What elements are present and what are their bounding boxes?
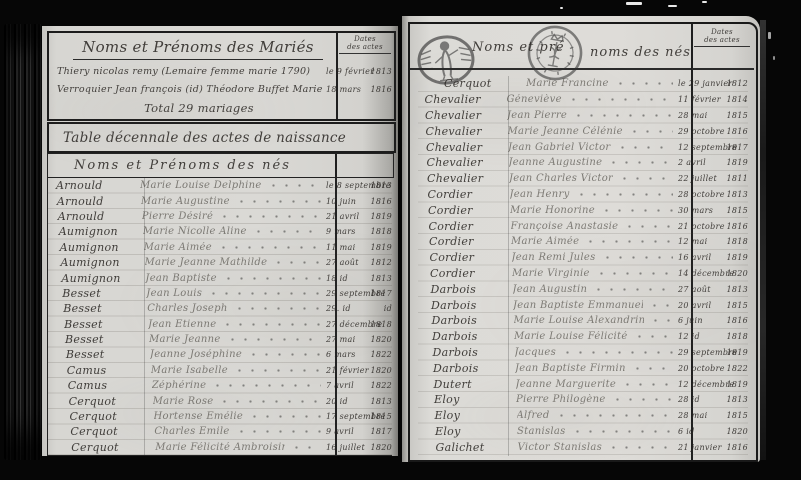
row-surname: Cordier	[430, 267, 512, 280]
row-surname: Besset	[64, 318, 148, 331]
row-year: 1815	[724, 206, 748, 215]
row-surname: Besset	[66, 348, 150, 361]
register-row: Eloy Pierre Philogène 28 id 1813	[418, 392, 748, 408]
births-names-header-box: Noms et Prénoms des nés	[47, 153, 394, 178]
row-year: 1820	[724, 427, 748, 436]
row-surname: Chevalier	[425, 93, 507, 106]
dot-leader	[233, 369, 321, 372]
row-given-names: Marie Honorine	[510, 205, 595, 216]
row-date: 18 id	[326, 274, 370, 283]
left-page: Noms et Prénoms des Mariés Dates des act…	[42, 26, 398, 456]
dot-leader	[290, 446, 321, 449]
dot-leader	[272, 261, 321, 264]
register-row: Besset Jean Etienne 27 décembre 1818	[48, 317, 392, 332]
row-year: id	[370, 304, 392, 313]
marriage-entry-text: Thiery nicolas remy (Lemaire femme marie…	[57, 66, 326, 77]
row-year: 1820	[370, 366, 392, 375]
row-surname: Darbois	[431, 283, 513, 296]
dot-leader	[614, 82, 673, 85]
row-surname: Besset	[65, 333, 149, 346]
row-surname: Darbois	[432, 330, 514, 343]
row-given-names: Marie Rose	[153, 396, 214, 407]
dot-leader	[572, 114, 673, 117]
row-given-names: Pierre Désiré	[142, 211, 213, 222]
register-row: Cerquot Charles Emile 9 avril 1817	[48, 424, 392, 439]
row-given-names: Jean Henry	[510, 189, 570, 200]
register-row: Cerquot Marie Francine le 29 janvier 181…	[418, 76, 748, 92]
row-surname: Aumignon	[61, 272, 145, 285]
row-year: 1812	[724, 79, 748, 88]
register-row: Camus Zéphérine 7 avril 1822	[48, 378, 392, 393]
row-date: 28 id	[678, 395, 724, 404]
register-row: Cerquot Marie Félicité Ambroisine 16 jui…	[48, 440, 392, 455]
row-surname: Eloy	[435, 425, 517, 438]
row-date: 11 mai	[326, 243, 370, 252]
row-given-names: Marie Jeanne	[149, 334, 221, 345]
dot-leader	[648, 304, 673, 307]
row-given-names: Pierre Philogène	[516, 394, 606, 405]
marriage-entry-year: 1816	[370, 85, 392, 94]
row-year: 1819	[724, 253, 748, 262]
dot-leader	[649, 319, 674, 322]
dot-leader	[616, 146, 674, 149]
register-row: Darbois Jean Baptiste Emmanuel 20 avril …	[418, 297, 748, 313]
dot-leader	[555, 414, 673, 417]
row-year: 1818	[370, 227, 392, 236]
register-row: Darbois Jean Augustin 27 août 1813	[418, 281, 748, 297]
row-surname: Darbois	[432, 314, 514, 327]
register-row: Darbois Marie Louise Alexandrine 6 juin …	[418, 313, 748, 329]
row-year: 1818	[370, 320, 392, 329]
register-row: Arnould Marie Louise Delphine le 8 septe…	[48, 178, 392, 193]
births-names-header: Noms et Prénoms des nés	[48, 158, 291, 173]
row-date: 27 mai	[326, 335, 370, 344]
register-row: Galichet Victor Stanislas 21 janvier 181…	[418, 439, 748, 455]
row-date: 2 avril	[678, 158, 724, 167]
book-spine-edge	[4, 24, 42, 460]
dot-leader	[235, 430, 321, 433]
row-given-names: Victor Stanislas	[518, 442, 603, 453]
row-date: 30 mars	[678, 206, 724, 215]
register-row: Chevalier Jean Pierre 28 mai 1815	[418, 108, 748, 124]
row-given-names: Jean Pierre	[507, 110, 567, 121]
row-given-names: Charles Emile	[154, 426, 229, 437]
row-year: 1820	[370, 443, 392, 452]
register-row: Chevalier Jean Charles Victor 22 juillet…	[418, 171, 748, 187]
dot-leader	[611, 398, 673, 401]
row-given-names: Hortense Emélie	[154, 411, 244, 422]
register-row: Chevalier Jeanne Augustine 2 avril 1819	[418, 155, 748, 171]
row-year: 1813	[724, 285, 748, 294]
row-date: 28 mai	[678, 411, 724, 420]
row-given-names: Alfred	[517, 410, 550, 421]
row-date: 27 août	[326, 258, 370, 267]
births-title-box: Table décennale des actes de naissance	[47, 122, 396, 153]
row-surname: Cordier	[430, 251, 512, 264]
dot-leader	[267, 184, 321, 187]
dot-leader	[218, 400, 321, 403]
dot-leader	[592, 288, 673, 291]
scratch-mark	[768, 32, 771, 39]
row-year: 1817	[370, 427, 392, 436]
scratch-mark	[560, 7, 563, 9]
dot-leader	[222, 277, 321, 280]
name-column-divider	[508, 76, 509, 456]
dot-leader	[235, 200, 321, 203]
row-date: 9 mars	[326, 227, 370, 236]
register-row: Cordier Marie Aimée 12 mai 1818	[418, 234, 748, 250]
row-given-names: Marie Félicité Ambroisine	[155, 442, 285, 453]
row-surname: Darbois	[433, 362, 515, 375]
marriage-entry: Verroquier Jean françois (id) Théodore B…	[57, 81, 392, 97]
dates-column-divider	[335, 154, 337, 177]
row-date: 21 février	[326, 366, 370, 375]
scratch-mark	[626, 2, 642, 5]
row-date: 17 septembre	[326, 412, 370, 421]
right-page: Noms et pré noms des nés Dates des actes…	[402, 16, 760, 462]
row-surname: Camus	[68, 379, 152, 392]
row-date: 29 octobre	[678, 127, 724, 136]
births-title: Table décennale des actes de naissance	[49, 130, 346, 146]
row-date: 7 avril	[326, 381, 370, 390]
row-year: 1816	[724, 316, 748, 325]
row-date: 21 avril	[326, 212, 370, 221]
row-date: 20 id	[326, 397, 370, 406]
dot-leader	[571, 430, 673, 433]
row-surname: Cordier	[428, 188, 510, 201]
row-surname: Cerquot	[70, 410, 154, 423]
row-date: 21 octobre	[678, 222, 724, 231]
row-given-names: Françoise Anastasie	[511, 221, 619, 232]
register-row: Cordier Jean Henry 28 octobre 1813	[418, 187, 748, 203]
row-date: 6 id	[678, 427, 724, 436]
register-row: Aumignon Marie Jeanne Mathilde 27 août 1…	[48, 255, 392, 270]
dates-column-header: Dates des actes	[339, 35, 391, 54]
dot-leader	[575, 193, 673, 196]
row-date: 9 avril	[326, 427, 370, 436]
row-date: 6 juin	[678, 316, 724, 325]
row-given-names: Jean Charles Victor	[509, 173, 613, 184]
row-surname: Besset	[63, 302, 147, 315]
row-year: 1815	[724, 301, 748, 310]
row-given-names: Marie Louise Alexandrine	[514, 315, 644, 326]
row-given-names: Jeanne Marguerite	[516, 379, 617, 390]
marriage-entry-date: le 9 février	[326, 67, 370, 76]
row-year: 1813	[370, 181, 392, 190]
row-year: 1822	[370, 381, 392, 390]
row-surname: Darbois	[431, 299, 513, 312]
marriages-total: Total 29 mariages	[109, 101, 289, 115]
marriage-entry-year: 1813	[370, 67, 392, 76]
row-given-names: Marie Francine	[526, 78, 609, 89]
row-year: 1817	[370, 289, 392, 298]
dates-header-rule	[692, 68, 754, 70]
row-year: 1816	[724, 127, 748, 136]
row-surname: Arnould	[57, 195, 141, 208]
register-row: Chevalier Jean Gabriel Victor 12 septemb…	[418, 139, 748, 155]
row-surname: Chevalier	[426, 141, 508, 154]
dot-leader	[607, 446, 673, 449]
row-surname: Chevalier	[427, 172, 509, 185]
row-year: 1822	[370, 350, 392, 359]
left-births-table: Arnould Marie Louise Delphine le 8 septe…	[47, 178, 392, 456]
row-year: 1818	[724, 237, 748, 246]
row-given-names: Jean Remi Jules	[512, 252, 596, 263]
register-row: Besset Jean Louis 29 septembre 1817	[48, 286, 392, 301]
row-year: 1814	[724, 95, 748, 104]
right-header-part2: noms des nés	[590, 45, 691, 60]
register-row: Chevalier Géneviève 11 février 1814	[418, 92, 748, 108]
register-row: Darbois Marie Louise Félicité 12 id 1818	[418, 329, 748, 345]
row-given-names: Jean Baptiste	[145, 273, 216, 284]
row-date: 21 janvier	[678, 443, 724, 452]
row-surname: Arnould	[56, 179, 140, 192]
register-row: Eloy Stanislas 6 id 1820	[418, 424, 748, 440]
dot-leader	[607, 161, 673, 164]
page-stack-edge	[760, 20, 766, 460]
row-date: 10 juin	[326, 197, 370, 206]
row-given-names: Marie Isabelle	[151, 365, 228, 376]
row-year: 1813	[370, 274, 392, 283]
row-year: 1815	[370, 412, 392, 421]
row-year: 1813	[724, 190, 748, 199]
row-year: 1816	[370, 197, 392, 206]
row-date: 27 décembre	[326, 320, 370, 329]
row-surname: Aumignon	[60, 241, 144, 254]
register-row: Arnould Pierre Désiré 21 avril 1819	[48, 209, 392, 224]
row-given-names: Jean Gabriel Victor	[508, 142, 611, 153]
row-given-names: Géneviève	[507, 94, 562, 105]
row-given-names: Jean Louis	[146, 288, 202, 299]
row-surname: Aumignon	[59, 225, 143, 238]
register-row: Besset Charles Joseph 29. id id	[48, 301, 392, 316]
row-date: 12 septembre	[678, 143, 724, 152]
register-row: Besset Marie Jeanne 27 mai 1820	[48, 332, 392, 347]
dot-leader	[226, 338, 321, 341]
row-date: 12 id	[678, 332, 724, 341]
row-year: 1819	[370, 243, 392, 252]
row-given-names: Marie Aimée	[511, 236, 579, 247]
row-surname: Cordier	[429, 235, 511, 248]
row-year: 1820	[370, 335, 392, 344]
dot-leader	[618, 177, 673, 180]
row-surname: Chevalier	[426, 125, 508, 138]
register-row: Cerquot Hortense Emélie 17 septembre 181…	[48, 409, 392, 424]
row-date: 29 septembre	[678, 348, 724, 357]
row-date: 27 août	[678, 285, 724, 294]
marriage-entry: Thiery nicolas remy (Lemaire femme marie…	[57, 63, 392, 79]
dates-column-divider	[335, 178, 337, 455]
register-row: Chevalier Marie Jeanne Célénie 29 octobr…	[418, 123, 748, 139]
marriages-section: Noms et Prénoms des Mariés Dates des act…	[47, 31, 396, 121]
row-surname: Eloy	[435, 409, 517, 422]
dot-leader	[567, 98, 673, 101]
dot-leader	[252, 230, 321, 233]
row-given-names: Jeanne Joséphine	[150, 349, 242, 360]
row-date: 12 mai	[678, 237, 724, 246]
row-given-names: Jeanne Augustine	[509, 157, 603, 168]
row-year: 1820	[724, 269, 748, 278]
row-date: le 29 janvier	[678, 79, 724, 88]
marriage-entry-date: 18 mars	[326, 85, 370, 94]
row-given-names: Jacques	[515, 347, 557, 358]
row-given-names: Marie Jeanne Mathilde	[145, 257, 268, 268]
row-surname: Cordier	[429, 220, 511, 233]
register-row: Besset Jeanne Joséphine 6 mars 1822	[48, 347, 392, 362]
dot-leader	[221, 323, 321, 326]
row-surname: Chevalier	[427, 156, 509, 169]
row-given-names: Marie Jeanne Célénie	[508, 126, 623, 137]
row-date: 22 juillet	[678, 174, 724, 183]
dot-leader	[628, 130, 673, 133]
register-row: Cordier Marie Honorine 30 mars 1815	[418, 202, 748, 218]
right-table-frame: Noms et pré noms des nés Dates des actes…	[408, 22, 758, 462]
register-row: Darbois Jean Baptiste Firmin 20 octobre …	[418, 360, 748, 376]
row-year: 1816	[724, 443, 748, 452]
register-row: Aumignon Marie Nicolle Aline 9 mars 1818	[48, 224, 392, 239]
row-surname: Chevalier	[425, 109, 507, 122]
dot-leader	[233, 307, 321, 310]
row-year: 1817	[724, 143, 748, 152]
row-given-names: Marie Virginie	[512, 268, 590, 279]
row-given-names: Jean Baptiste Emmanuel	[513, 300, 643, 311]
marriages-header: Noms et Prénoms des Mariés	[73, 38, 323, 60]
right-header-part1: Noms et pré	[472, 40, 565, 55]
register-row: Arnould Marie Augustine 10 juin 1816	[48, 193, 392, 208]
register-row: Darbois Jacques 29 septembre 1819	[418, 345, 748, 361]
row-surname: Camus	[67, 364, 151, 377]
row-given-names: Jean Baptiste Firmin	[515, 363, 626, 374]
dot-leader	[218, 215, 321, 218]
row-date: 29 septembre	[326, 289, 370, 298]
row-year: 1815	[724, 411, 748, 420]
dot-leader	[561, 351, 673, 354]
row-year: 1819	[724, 348, 748, 357]
row-given-names: Jean Augustin	[513, 284, 588, 295]
row-surname: Galichet	[436, 441, 518, 454]
row-surname: Cordier	[428, 204, 510, 217]
row-date: 29. id	[326, 304, 370, 313]
row-date: 16 juillet	[326, 443, 370, 452]
register-row: Cordier Françoise Anastasie 21 octobre 1…	[418, 218, 748, 234]
row-given-names: Charles Joseph	[147, 303, 227, 314]
dot-leader	[595, 272, 673, 275]
row-surname: Cerquot	[69, 395, 153, 408]
register-row: Cordier Marie Virginie 14 décembre 1820	[418, 266, 748, 282]
row-date: 28 octobre	[678, 190, 724, 199]
row-date: 16 avril	[678, 253, 724, 262]
row-surname: Aumignon	[61, 256, 145, 269]
row-year: 1816	[724, 222, 748, 231]
row-surname: Dutert	[434, 378, 516, 391]
row-given-names: Zéphérine	[152, 380, 207, 391]
row-year: 1813	[724, 395, 748, 404]
dot-leader	[584, 240, 673, 243]
row-year: 1815	[724, 111, 748, 120]
register-row: Eloy Alfred 28 mai 1815	[418, 408, 748, 424]
row-given-names: Marie Louise Delphine	[140, 180, 262, 191]
register-row: Dutert Jeanne Marguerite 12 décembre 181…	[418, 376, 748, 392]
scanned-register-photo: Noms et Prénoms des Mariés Dates des act…	[0, 0, 801, 480]
row-surname: Arnould	[58, 210, 142, 223]
dot-leader	[247, 353, 321, 356]
row-year: 1819	[370, 212, 392, 221]
register-row: Camus Marie Isabelle 21 février 1820	[48, 363, 392, 378]
row-date: le 8 septembre	[326, 181, 370, 190]
name-column-divider	[144, 178, 145, 455]
register-row: Aumignon Marie Aimée 11 mai 1819	[48, 240, 392, 255]
scratch-mark	[773, 56, 775, 60]
dot-leader	[621, 383, 673, 386]
row-year: 1812	[370, 258, 392, 267]
row-date: 11 février	[678, 95, 724, 104]
row-surname: Darbois	[433, 346, 515, 359]
dot-leader	[623, 225, 673, 228]
row-surname: Cerquot	[444, 77, 526, 90]
row-date: 14 décembre	[678, 269, 724, 278]
scratch-mark	[668, 5, 677, 7]
row-date: 20 octobre	[678, 364, 724, 373]
row-surname: Cerquot	[71, 441, 155, 454]
row-year: 1819	[724, 158, 748, 167]
dot-leader	[217, 246, 321, 249]
dot-leader	[211, 384, 321, 387]
row-date: 12 décembre	[678, 380, 724, 389]
row-given-names: Stanislas	[517, 426, 566, 437]
row-given-names: Marie Aimée	[144, 242, 212, 253]
row-surname: Eloy	[434, 393, 516, 406]
dot-leader	[633, 335, 673, 338]
row-given-names: Marie Augustine	[141, 196, 230, 207]
register-row: Cordier Jean Remi Jules 16 avril 1819	[418, 250, 748, 266]
right-births-table: Cerquot Marie Francine le 29 janvier 181…	[418, 76, 748, 456]
row-year: 1813	[370, 397, 392, 406]
scratch-mark	[702, 1, 707, 3]
row-surname: Cerquot	[70, 425, 154, 438]
row-date: 28 mai	[678, 111, 724, 120]
register-row: Cerquot Marie Rose 20 id 1813	[48, 393, 392, 408]
dot-leader	[207, 292, 321, 295]
register-row: Aumignon Jean Baptiste 18 id 1813	[48, 270, 392, 285]
row-date: 20 avril	[678, 301, 724, 310]
row-year: 1819	[724, 380, 748, 389]
dates-column-header: Dates des actes	[694, 28, 750, 47]
row-year: 1811	[724, 174, 748, 183]
row-given-names: Marie Nicolle Aline	[143, 226, 247, 237]
row-surname: Besset	[62, 287, 146, 300]
row-given-names: Jean Etienne	[148, 319, 216, 330]
dot-leader	[600, 209, 673, 212]
row-given-names: Marie Louise Félicité	[514, 331, 628, 342]
row-year: 1818	[724, 332, 748, 341]
dot-leader	[248, 415, 321, 418]
row-year: 1822	[724, 364, 748, 373]
dot-leader	[601, 256, 673, 259]
marriage-entry-text: Verroquier Jean françois (id) Théodore B…	[57, 84, 326, 95]
row-date: 6 mars	[326, 350, 370, 359]
dot-leader	[631, 367, 673, 370]
